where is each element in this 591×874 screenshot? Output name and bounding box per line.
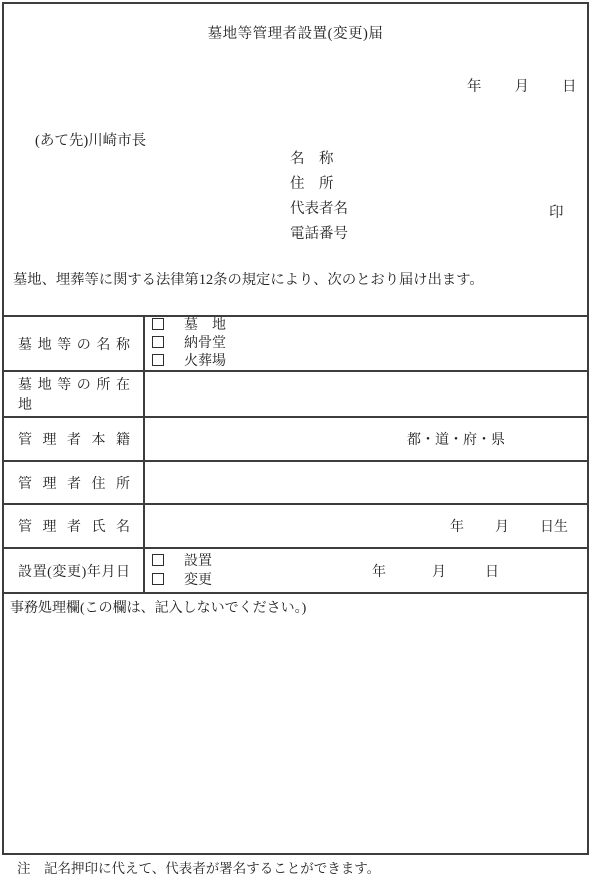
est-year-label: 年 <box>372 561 386 581</box>
submission-date-line: 年 月 日 <box>467 75 577 96</box>
row-label-manager-domicile: 管 理 者 本 籍 <box>2 418 145 460</box>
month-label: 月 <box>515 75 530 96</box>
change-checkbox[interactable] <box>152 573 164 585</box>
table-row-cemetery-name: 墓 地 等 の 名 称 墓 地 納骨堂 火葬場 <box>2 317 589 372</box>
year-label: 年 <box>467 75 482 96</box>
establish-checkbox[interactable] <box>152 554 164 566</box>
declaration-text: 墓地、埋葬等に関する法律第12条の規定により、次のとおり届け出ます。 <box>13 269 484 289</box>
applicant-address-label: 住 所 <box>290 172 348 197</box>
day-label: 日 <box>562 75 577 96</box>
grave-checkbox[interactable] <box>152 318 164 330</box>
crematory-label: 火葬場 <box>184 354 226 369</box>
table-row-manager-domicile: 管 理 者 本 籍 都・道・府・県 <box>2 418 589 462</box>
cemetery-type-options: 墓 地 納骨堂 火葬場 <box>152 317 226 371</box>
establishment-type-options: 設置 変更 <box>152 552 212 590</box>
office-use-label: 事務処理欄(この欄は、記入しないでください。) <box>10 601 306 616</box>
cemetery-name-field[interactable]: 墓 地 納骨堂 火葬場 <box>145 317 589 370</box>
option-establish: 設置 <box>152 552 212 571</box>
charnel-label: 納骨堂 <box>184 336 226 351</box>
manager-domicile-field[interactable]: 都・道・府・県 <box>145 418 589 460</box>
charnel-checkbox[interactable] <box>152 336 164 348</box>
row-label-manager-name: 管 理 者 氏 名 <box>2 505 145 547</box>
form-page: 墓地等管理者設置(変更)届 年 月 日 (あて先)川崎市長 名 称 住 所 代表… <box>0 0 591 874</box>
birth-day-label: 日生 <box>540 516 568 536</box>
option-charnel: 納骨堂 <box>152 335 226 353</box>
birth-month-label: 月 <box>495 516 509 536</box>
row-label-establishment-date: 設置(変更)年月日 <box>2 549 145 592</box>
table-row-manager-name: 管 理 者 氏 名 年 月 日生 <box>2 505 589 549</box>
row-label-cemetery-name: 墓 地 等 の 名 称 <box>2 317 145 370</box>
option-grave: 墓 地 <box>152 317 226 335</box>
applicant-representative-label: 代表者名 <box>290 197 348 222</box>
prefecture-suffix: 都・道・府・県 <box>407 429 505 449</box>
form-table: 墓 地 等 の 名 称 墓 地 納骨堂 火葬場 墓 地 <box>2 315 589 855</box>
est-day-label: 日 <box>485 561 499 581</box>
addressee: (あて先)川崎市長 <box>35 129 146 150</box>
option-crematory: 火葬場 <box>152 353 226 371</box>
change-label: 変更 <box>184 573 212 588</box>
table-row-office-use: 事務処理欄(この欄は、記入しないでください。) <box>2 594 589 855</box>
est-month-label: 月 <box>432 561 446 581</box>
applicant-name-label: 名 称 <box>290 147 348 172</box>
table-row-establishment-date: 設置(変更)年月日 設置 変更 年 月 日 <box>2 549 589 594</box>
establishment-date-field[interactable]: 設置 変更 年 月 日 <box>145 549 589 592</box>
manager-address-field[interactable] <box>145 462 589 503</box>
signature-note: 注 記名押印に代えて、代表者が署名することができます。 <box>17 857 380 874</box>
option-change: 変更 <box>152 571 212 590</box>
form-title: 墓地等管理者設置(変更)届 <box>2 22 589 43</box>
table-row-manager-address: 管 理 者 住 所 <box>2 462 589 505</box>
seal-label: 印 <box>549 201 564 222</box>
crematory-checkbox[interactable] <box>152 354 164 366</box>
manager-name-field[interactable]: 年 月 日生 <box>145 505 589 547</box>
office-use-area: 事務処理欄(この欄は、記入しないでください。) <box>2 594 589 855</box>
grave-label: 墓 地 <box>184 318 226 333</box>
row-label-manager-address: 管 理 者 住 所 <box>2 462 145 503</box>
applicant-block: 名 称 住 所 代表者名 電話番号 <box>290 147 348 247</box>
establish-label: 設置 <box>184 554 212 569</box>
row-label-cemetery-location: 墓 地 等 の 所 在 地 <box>2 372 145 416</box>
table-row-cemetery-location: 墓 地 等 の 所 在 地 <box>2 372 589 418</box>
birth-year-label: 年 <box>450 516 464 536</box>
cemetery-location-field[interactable] <box>145 372 589 416</box>
applicant-phone-label: 電話番号 <box>290 222 348 247</box>
